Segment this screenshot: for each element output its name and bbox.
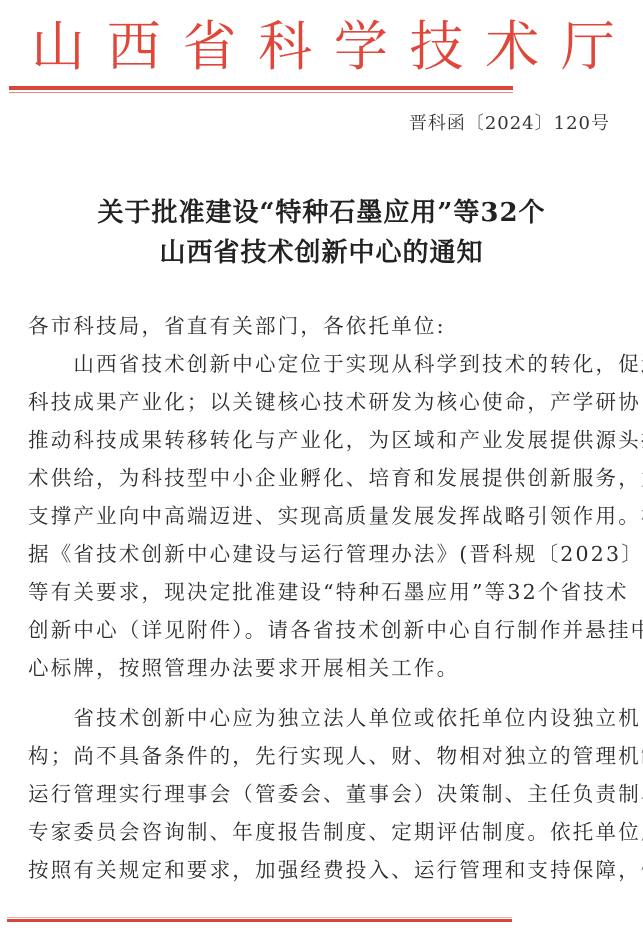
body-line: 运行管理实行理事会（管委会、董事会）决策制、主任负责制、 <box>28 776 608 813</box>
letterhead-char: 厅 <box>558 14 618 80</box>
body-line: 专家委员会咨询制、年度报告制度、定期评估制度。依托单位应 <box>28 814 608 851</box>
letterhead-char: 术 <box>482 14 542 80</box>
footer-divider <box>7 917 512 922</box>
header-divider-thin <box>9 92 513 93</box>
document-title-line-1: 关于批准建设“特种石墨应用”等32个 <box>0 192 643 229</box>
body-line: 术供给，为科技型中小企业孵化、培育和发展提供创新服务，为 <box>28 460 608 497</box>
salutation: 各市科技局，省直有关部门，各依托单位: <box>28 308 608 345</box>
body-line: 按照有关规定和要求，加强经费投入、运行管理和支持保障，做 <box>28 852 608 889</box>
letterhead-char: 山 <box>28 14 88 80</box>
letterhead-char: 科 <box>255 14 315 80</box>
body-line: 构；尚不具备条件的，先行实现人、财、物相对独立的管理机制； <box>28 738 608 775</box>
letterhead-char: 技 <box>407 14 467 80</box>
body-line: 等有关要求，现决定批准建设“特种石墨应用”等32个省技术 <box>28 574 608 611</box>
body-line: 心标牌，按照管理办法要求开展相关工作。 <box>28 650 608 687</box>
header-divider <box>9 86 513 93</box>
document-title-line-2: 山西省技术创新中心的通知 <box>0 232 643 269</box>
letterhead-char: 学 <box>331 14 391 80</box>
body-line: 创新中心（详见附件）。请各省技术创新中心自行制作并悬挂中 <box>28 612 608 649</box>
body-line: 科技成果产业化；以关键核心技术研发为核心使命，产学研协同 <box>28 384 608 421</box>
letterhead-title: 山 西 省 科 学 技 术 厅 <box>28 14 618 80</box>
document-number: 晋科函〔2024〕120号 <box>409 110 610 138</box>
body-line: 据《省技术创新中心建设与运行管理办法》(晋科规〔2023〕3号) <box>28 536 608 573</box>
body-line: 省技术创新中心应为独立法人单位或依托单位内设独立机 <box>28 700 608 737</box>
letterhead-char: 省 <box>179 14 239 80</box>
body-line: 推动科技成果转移转化与产业化，为区域和产业发展提供源头技 <box>28 422 608 459</box>
body-line: 支撑产业向中高端迈进、实现高质量发展发挥战略引领作用。根 <box>28 498 608 535</box>
body-line: 山西省技术创新中心定位于实现从科学到技术的转化，促进 <box>28 346 608 383</box>
footer-divider-thick <box>7 919 512 922</box>
letterhead-char: 西 <box>104 14 164 80</box>
